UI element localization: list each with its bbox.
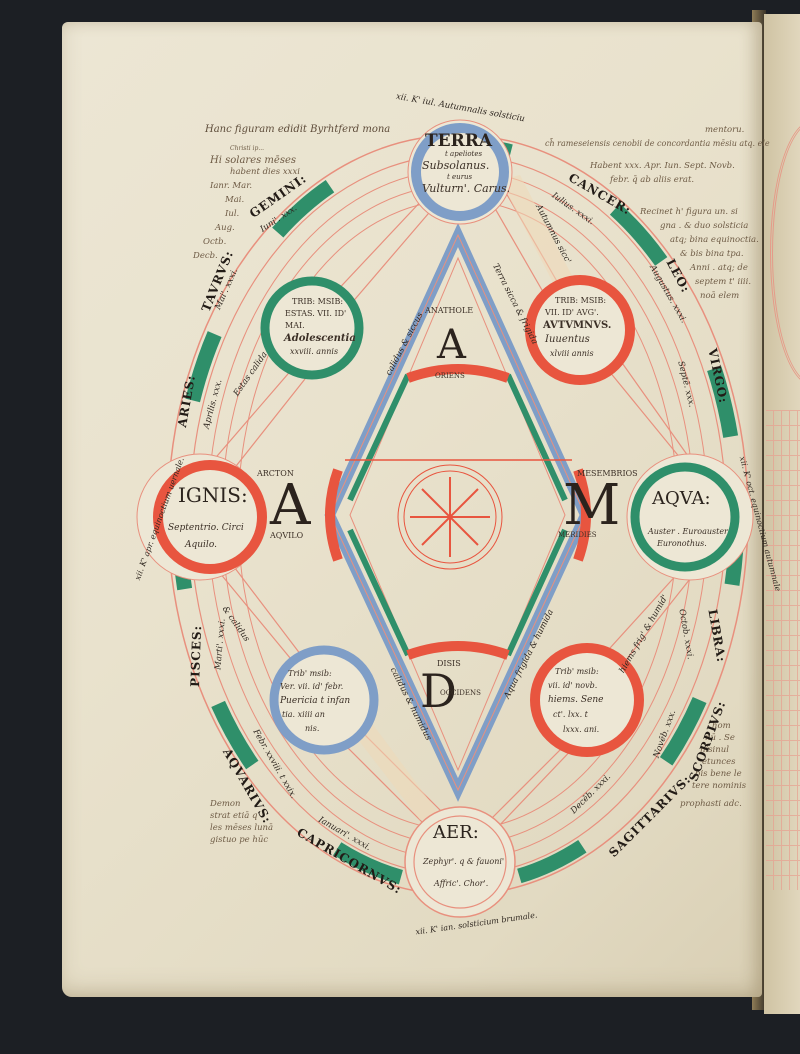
margin-left-line3: habent dies xxxi bbox=[230, 168, 300, 177]
margin-bottom-left-line1: Demon bbox=[210, 800, 241, 809]
estas-line: MAI. bbox=[285, 322, 305, 330]
autumnus-line: Iuuentus bbox=[545, 335, 590, 345]
autumnus-line: AVTVMNVS. bbox=[543, 321, 611, 331]
central-wind-wheel bbox=[398, 465, 502, 569]
margin-left-line1: Hanc figuram edidit Byrhtferd mona bbox=[205, 125, 390, 135]
aqua-line: Euronothus. bbox=[657, 540, 707, 548]
margin-right-line3: febr. q̄ ab aliis erat. bbox=[610, 176, 694, 185]
ignis-name: IGNIS: bbox=[178, 485, 248, 505]
autumnus-line: TRIB: MSIB: bbox=[555, 297, 606, 305]
margin-right-line5: gna . & duo solsticia bbox=[660, 222, 748, 231]
terra-line: t apeliotes bbox=[445, 151, 482, 158]
estas-line: TRIB: MSIB: bbox=[292, 298, 343, 306]
estas-line: ESTAS. VII. ID' bbox=[285, 310, 346, 318]
aer-line: Zephyr'. q & fauoni' bbox=[423, 858, 504, 866]
terra-line: Subsolanus. bbox=[422, 160, 489, 171]
hiems-line: Trib' msib: bbox=[555, 668, 599, 676]
margin-bottom-right-line6: tere nominis bbox=[692, 782, 746, 791]
autumnus-line: xlviii annis bbox=[550, 350, 594, 358]
estas-line: xxviii. annis bbox=[290, 348, 338, 356]
hiems-line: lxxx. ani. bbox=[563, 726, 599, 734]
margin-left-line5: Mai. bbox=[225, 196, 244, 205]
occidens-label: OCCIDENS bbox=[440, 690, 481, 697]
anathole-label: ANATHOLE bbox=[425, 307, 473, 315]
ver-line: Trib' msib: bbox=[288, 670, 332, 678]
zodiac-pisces: PISCES: bbox=[189, 625, 203, 687]
meridies-letter: M bbox=[563, 478, 620, 534]
aquilo-label: AQVILO bbox=[270, 532, 303, 540]
aqua-line: Auster . Euroauster bbox=[648, 528, 728, 536]
terra-line: t eurus bbox=[447, 174, 472, 181]
hiems-line: hiems. Sene bbox=[548, 696, 604, 705]
ignis-line: Aquilo. bbox=[185, 541, 217, 550]
terra-name: TERRA bbox=[425, 133, 492, 150]
margin-bottom-left-line4: gistuo pe hūc bbox=[210, 836, 268, 845]
margin-left-line8: Octb. bbox=[203, 238, 226, 247]
disis-arc bbox=[408, 646, 508, 655]
margin-left-gloss: Christi ip... bbox=[230, 146, 264, 152]
margin-right-line10: noā elem bbox=[700, 292, 739, 301]
margin-bottom-left-line2: strat etiā q bbox=[210, 812, 257, 821]
margin-left-line2: Hi solares mēses bbox=[210, 156, 296, 166]
ignis-line: Septentrio. Circi bbox=[168, 524, 244, 533]
ver-line: Puericia t infan bbox=[280, 697, 350, 706]
margin-left-line7: Aug. bbox=[215, 224, 235, 233]
autumnus-line: VII. ID' AVG'. bbox=[545, 309, 599, 317]
margin-right-line1-end: mentoru. bbox=[705, 126, 744, 135]
hiems-line: ct'. lxx. t bbox=[553, 711, 588, 719]
margin-right-line6: atq; bina equinoctia. bbox=[670, 236, 759, 245]
terra-line: Vulturn'. Carus. bbox=[422, 183, 510, 194]
margin-right-line2: Habent xxx. Apr. Iun. Sept. Novb. bbox=[590, 162, 735, 171]
margin-right-line9: septem t' iiii. bbox=[695, 278, 751, 287]
margin-right-line1: ch̄ rameseiensis cenobii de concordantia… bbox=[545, 140, 770, 148]
aer-name: AER: bbox=[433, 824, 479, 842]
ver-line: tia. xiiii an bbox=[282, 711, 325, 719]
meridies-label: MERIDIES bbox=[558, 532, 597, 539]
oriens-letter: A bbox=[437, 325, 466, 365]
margin-bottom-right-line7: prophasti adc. bbox=[680, 800, 742, 809]
margin-right-line7: & bis bina tpa. bbox=[680, 250, 744, 259]
margin-right-line8: Anni . atq; de bbox=[690, 264, 748, 273]
estas-line: Adolescentia bbox=[284, 334, 356, 344]
margin-left-line6: Iul. bbox=[225, 210, 239, 219]
ver-line: Ver. vii. id' febr. bbox=[280, 683, 343, 691]
ver-line: nis. bbox=[305, 725, 319, 733]
margin-right-line4: Recinet h' figura un. si bbox=[640, 208, 738, 217]
aer-line: Affric'. Chor'. bbox=[434, 880, 488, 888]
aquilo-letter: A bbox=[270, 478, 310, 534]
estas-ring bbox=[265, 281, 359, 375]
oriens-label: ORIENS bbox=[435, 373, 465, 380]
margin-left-line4: Ianr. Mar. bbox=[210, 182, 252, 191]
hiems-line: vii. id' novb. bbox=[548, 682, 597, 690]
aqua-name: AQVA: bbox=[652, 490, 711, 508]
margin-left-line9: Decb. bbox=[193, 252, 218, 261]
